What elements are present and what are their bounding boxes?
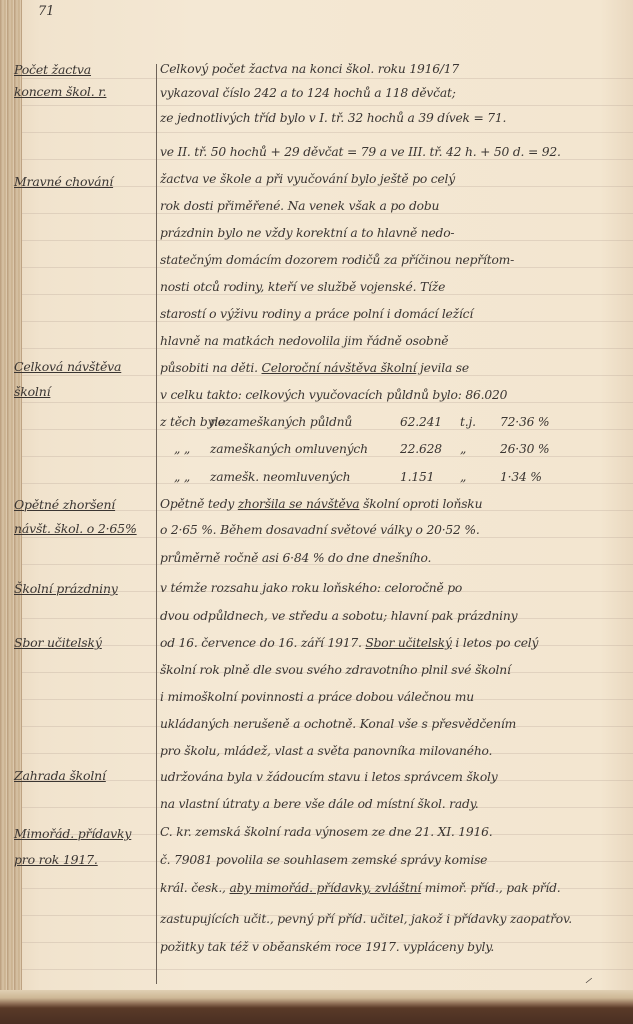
underlined-phrase: Sbor učitelský — [365, 636, 451, 650]
body-line: dvou odpůldnech, ve středu a sobotu; hla… — [160, 609, 630, 623]
body-line: Opětně tedy zhoršila se návštěva školní … — [160, 497, 630, 511]
attendance-count: 62.241 — [400, 415, 442, 429]
body-line: král. česk., aby mimořád. přídavky, zvlá… — [160, 881, 630, 895]
attendance-unit: „ — [460, 470, 466, 484]
attendance-row: „ „zameškaných omluvených22.628„26·30 % — [160, 442, 630, 460]
attendance-prefix: „ „ — [174, 470, 190, 484]
body-line: vykazoval číslo 242 a to 124 hochů a 118… — [160, 86, 630, 100]
body-line: starostí o výživu rodiny a práce polní i… — [160, 307, 630, 321]
body-line: nosti otců rodiny, kteří ve službě vojen… — [160, 280, 630, 294]
body-line: hlavně na matkách nedovolila jim řádně o… — [160, 334, 630, 348]
body-line: statečným domácím dozorem rodičů za příč… — [160, 253, 630, 267]
attendance-percent: 72·36 % — [500, 415, 549, 429]
ruled-line — [22, 348, 633, 349]
ruled-line — [22, 375, 633, 376]
attendance-row: „ „zamešk. neomluvených1.151„1·34 % — [160, 470, 630, 488]
margin-note: pro rok 1917. — [14, 852, 154, 867]
margin-note: Celková návštěva — [14, 359, 154, 374]
attendance-unit: „ — [460, 442, 466, 456]
margin-note: Sbor učitelský — [14, 635, 154, 650]
underlined-phrase: Celoroční návštěva školní — [262, 361, 417, 375]
body-line: zastupujících učit., pevný pří příd. uči… — [160, 912, 630, 926]
attendance-label: zameškaných omluvených — [210, 442, 368, 456]
body-line: Celkový počet žactva na konci škol. roku… — [160, 62, 630, 76]
ruled-line — [22, 537, 633, 538]
margin-note: Mravné chování — [14, 174, 154, 189]
ruled-line — [22, 240, 633, 241]
underlined-phrase: zhoršila se návštěva — [238, 497, 360, 511]
ruled-line — [22, 105, 633, 106]
body-line: průměrně ročně asi 6·84 % do dne dnešníh… — [160, 551, 630, 565]
body-line: o 2·65 %. Během dosavadní světové války … — [160, 523, 630, 537]
attendance-label: zamešk. neomluvených — [210, 470, 350, 484]
body-line: od 16. července do 16. září 1917. Sbor u… — [160, 636, 630, 650]
body-line: v témže rozsahu jako roku loňského: celo… — [160, 581, 630, 595]
page-number: 71 — [38, 4, 54, 19]
attendance-prefix: „ „ — [174, 442, 190, 456]
margin-note: školní — [14, 384, 154, 399]
underlined-phrase: aby mimořád. přídavky, zvláštní — [229, 881, 421, 895]
end-mark: ⸝ — [585, 968, 592, 987]
ruled-line — [22, 132, 633, 133]
ledger-page: 71 Počet žactvakoncem škol. r.Mravné cho… — [0, 0, 633, 1008]
body-line: udržována byla v žádoucím stavu i letos … — [160, 770, 630, 784]
ruled-line — [22, 213, 633, 214]
attendance-percent: 26·30 % — [500, 442, 549, 456]
attendance-count: 1.151 — [400, 470, 434, 484]
body-line: ukládaných nerušeně a ochotně. Konal vše… — [160, 717, 630, 731]
body-line: žactva ve škole a při vyučování bylo ješ… — [160, 172, 630, 186]
body-line: i mimoškolní povinnosti a práce dobou vá… — [160, 690, 630, 704]
ruled-line — [22, 78, 633, 79]
body-line: prázdnin bylo ne vždy korektní a to hlav… — [160, 226, 630, 240]
book-cover-edge — [0, 990, 633, 1024]
body-line: na vlastní útraty a bere vše dále od mís… — [160, 797, 630, 811]
margin-line — [156, 64, 157, 984]
body-line: ve II. tř. 50 hochů + 29 děvčat = 79 a v… — [160, 145, 630, 159]
ruled-line — [22, 321, 633, 322]
attendance-row: z těch bylonezameškaných půldnů62.241t.j… — [160, 415, 630, 433]
margin-note: Mimořád. přídavky — [14, 826, 154, 841]
ruled-line — [22, 402, 633, 403]
margin-note: koncem škol. r. — [14, 84, 154, 99]
attendance-percent: 1·34 % — [500, 470, 542, 484]
body-line: v celku takto: celkových vyučovacích půl… — [160, 388, 630, 402]
ruled-line — [22, 267, 633, 268]
body-line: působiti na děti. Celoroční návštěva ško… — [160, 361, 630, 375]
attendance-label: nezameškaných půldnů — [210, 415, 352, 429]
margin-note: Opětné zhoršení — [14, 497, 154, 512]
body-line: ze jednotlivých tříd bylo v I. tř. 32 ho… — [160, 111, 630, 125]
attendance-count: 22.628 — [400, 442, 442, 456]
body-line: C. kr. zemská školní rada výnosem ze dne… — [160, 825, 630, 839]
body-line: školní rok plně dle svou svého zdravotní… — [160, 663, 630, 677]
ruled-line — [22, 294, 633, 295]
ruled-line — [22, 159, 633, 160]
body-line: č. 79081 povolila se souhlasem zemské sp… — [160, 853, 630, 867]
body-line: požitky tak též v oběanském roce 1917. v… — [160, 940, 630, 954]
body-line: rok dosti přiměřené. Na venek však a po … — [160, 199, 630, 213]
margin-note: Zahrada školní — [14, 768, 154, 783]
margin-note: Počet žactva — [14, 62, 154, 77]
margin-note: Školní prázdniny — [14, 581, 154, 596]
margin-note: návšt. škol. o 2·65% — [14, 521, 154, 536]
ruled-line — [22, 969, 633, 970]
body-line: pro školu, mládež, vlast a světa panovní… — [160, 744, 630, 758]
attendance-unit: t.j. — [460, 415, 476, 429]
